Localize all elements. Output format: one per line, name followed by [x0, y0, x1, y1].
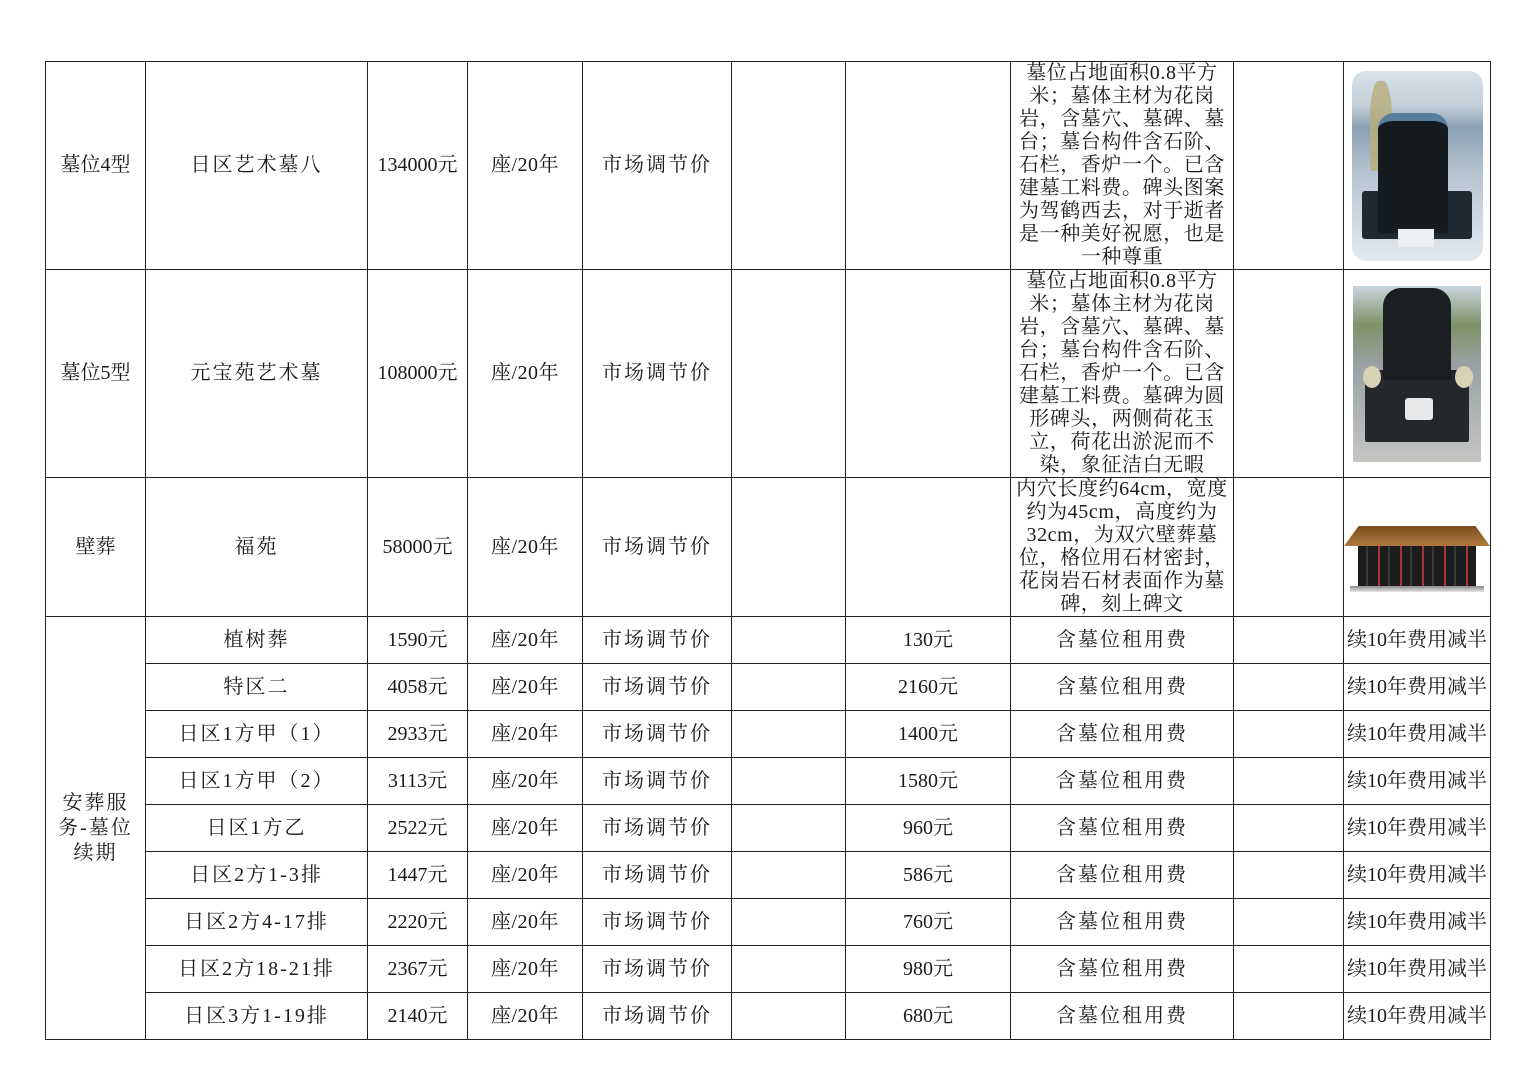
note-cell: 续10年费用减半	[1344, 711, 1491, 758]
empty-cell	[846, 62, 1011, 270]
name-cell: 元宝苑艺术墓	[146, 270, 368, 478]
empty-cell	[1234, 946, 1344, 993]
price-cell: 1447元	[368, 852, 468, 899]
unit-cell: 座/20年	[468, 270, 583, 478]
price-cell: 134000元	[368, 62, 468, 270]
pricing-cell: 市场调节价	[583, 852, 732, 899]
unit-cell: 座/20年	[468, 805, 583, 852]
unit-cell: 座/20年	[468, 62, 583, 270]
empty-cell	[732, 62, 846, 270]
empty-cell	[732, 270, 846, 478]
unit-cell: 座/20年	[468, 758, 583, 805]
table-row: 墓位5型 元宝苑艺术墓 108000元 座/20年 市场调节价 墓位占地面积0.…	[46, 270, 1491, 478]
name-cell: 植树葬	[146, 617, 368, 664]
fee-cell: 960元	[846, 805, 1011, 852]
empty-cell	[732, 617, 846, 664]
table-row: 日区2方1-3排 1447元 座/20年 市场调节价 586元 含墓位租用费 续…	[46, 852, 1491, 899]
unit-cell: 座/20年	[468, 478, 583, 617]
pricing-cell: 市场调节价	[583, 946, 732, 993]
empty-cell	[732, 946, 846, 993]
name-cell: 日区2方1-3排	[146, 852, 368, 899]
category-cell-renewal: 安葬服务-墓位续期	[46, 617, 146, 1040]
unit-cell: 座/20年	[468, 993, 583, 1040]
empty-cell	[1234, 711, 1344, 758]
unit-cell: 座/20年	[468, 899, 583, 946]
unit-cell: 座/20年	[468, 664, 583, 711]
unit-cell: 座/20年	[468, 617, 583, 664]
name-cell: 日区1方乙	[146, 805, 368, 852]
table-row: 日区2方4-17排 2220元 座/20年 市场调节价 760元 含墓位租用费 …	[46, 899, 1491, 946]
empty-cell	[1234, 62, 1344, 270]
name-cell: 日区2方18-21排	[146, 946, 368, 993]
empty-cell	[732, 805, 846, 852]
yuanbao-art-tomb-photo	[1353, 286, 1481, 462]
name-cell: 日区艺术墓八	[146, 62, 368, 270]
pricing-cell: 市场调节价	[583, 270, 732, 478]
empty-cell	[732, 478, 846, 617]
name-cell: 日区2方4-17排	[146, 899, 368, 946]
description-cell: 含墓位租用费	[1011, 664, 1234, 711]
empty-cell	[732, 758, 846, 805]
description-cell: 含墓位租用费	[1011, 805, 1234, 852]
table-row: 日区1方乙 2522元 座/20年 市场调节价 960元 含墓位租用费 续10年…	[46, 805, 1491, 852]
fee-cell: 586元	[846, 852, 1011, 899]
fee-cell: 1400元	[846, 711, 1011, 758]
empty-cell	[1234, 899, 1344, 946]
description-cell: 含墓位租用费	[1011, 899, 1234, 946]
table-row: 日区3方1-19排 2140元 座/20年 市场调节价 680元 含墓位租用费 …	[46, 993, 1491, 1040]
description-cell: 内穴长度约64cm，宽度约为45cm，高度约为32cm，为双穴壁葬墓位，格位用石…	[1011, 478, 1234, 617]
empty-cell	[1234, 805, 1344, 852]
image-cell	[1344, 270, 1491, 478]
price-table: 墓位4型 日区艺术墓八 134000元 座/20年 市场调节价 墓位占地面积0.…	[45, 61, 1491, 1040]
category-cell: 壁葬	[46, 478, 146, 617]
fee-cell: 1580元	[846, 758, 1011, 805]
unit-cell: 座/20年	[468, 711, 583, 758]
pricing-cell: 市场调节价	[583, 664, 732, 711]
name-cell: 福苑	[146, 478, 368, 617]
unit-cell: 座/20年	[468, 852, 583, 899]
empty-cell	[732, 899, 846, 946]
table-row: 墓位4型 日区艺术墓八 134000元 座/20年 市场调节价 墓位占地面积0.…	[46, 62, 1491, 270]
art-tomb-8-photo	[1352, 71, 1483, 261]
pricing-cell: 市场调节价	[583, 62, 732, 270]
description-cell: 含墓位租用费	[1011, 946, 1234, 993]
description-cell: 墓位占地面积0.8平方米；墓体主材为花岗岩，含墓穴、墓碑、墓台；墓台构件含石阶、…	[1011, 62, 1234, 270]
note-cell: 续10年费用减半	[1344, 899, 1491, 946]
description-cell: 墓位占地面积0.8平方米；墓体主材为花岗岩，含墓穴、墓碑、墓台；墓台构件含石阶、…	[1011, 270, 1234, 478]
pricing-cell: 市场调节价	[583, 617, 732, 664]
pricing-cell: 市场调节价	[583, 478, 732, 617]
empty-cell	[1234, 478, 1344, 617]
empty-cell	[1234, 993, 1344, 1040]
table-row: 日区2方18-21排 2367元 座/20年 市场调节价 980元 含墓位租用费…	[46, 946, 1491, 993]
note-cell: 续10年费用减半	[1344, 946, 1491, 993]
fee-cell: 130元	[846, 617, 1011, 664]
empty-cell	[1234, 758, 1344, 805]
name-cell: 日区1方甲（1）	[146, 711, 368, 758]
description-cell: 含墓位租用费	[1011, 711, 1234, 758]
unit-cell: 座/20年	[468, 946, 583, 993]
description-cell: 含墓位租用费	[1011, 758, 1234, 805]
empty-cell	[732, 664, 846, 711]
name-cell: 日区1方甲（2）	[146, 758, 368, 805]
price-cell: 108000元	[368, 270, 468, 478]
pricing-cell: 市场调节价	[583, 993, 732, 1040]
table-row: 日区1方甲（2） 3113元 座/20年 市场调节价 1580元 含墓位租用费 …	[46, 758, 1491, 805]
empty-cell	[1234, 270, 1344, 478]
empty-cell	[846, 478, 1011, 617]
category-cell: 墓位5型	[46, 270, 146, 478]
empty-cell	[732, 711, 846, 758]
table-row: 日区1方甲（1） 2933元 座/20年 市场调节价 1400元 含墓位租用费 …	[46, 711, 1491, 758]
pricing-cell: 市场调节价	[583, 899, 732, 946]
fee-cell: 2160元	[846, 664, 1011, 711]
note-cell: 续10年费用减半	[1344, 852, 1491, 899]
note-cell: 续10年费用减半	[1344, 993, 1491, 1040]
empty-cell	[846, 270, 1011, 478]
empty-cell	[1234, 852, 1344, 899]
pricing-cell: 市场调节价	[583, 758, 732, 805]
price-cell: 4058元	[368, 664, 468, 711]
price-cell: 58000元	[368, 478, 468, 617]
fee-cell: 980元	[846, 946, 1011, 993]
note-cell: 续10年费用减半	[1344, 617, 1491, 664]
empty-cell	[1234, 617, 1344, 664]
name-cell: 日区3方1-19排	[146, 993, 368, 1040]
price-cell: 2522元	[368, 805, 468, 852]
table-row: 特区二 4058元 座/20年 市场调节价 2160元 含墓位租用费 续10年费…	[46, 664, 1491, 711]
empty-cell	[1234, 664, 1344, 711]
description-cell: 含墓位租用费	[1011, 617, 1234, 664]
pricing-cell: 市场调节价	[583, 805, 732, 852]
price-cell: 2933元	[368, 711, 468, 758]
empty-cell	[732, 993, 846, 1040]
name-cell: 特区二	[146, 664, 368, 711]
image-cell	[1344, 478, 1491, 617]
empty-cell	[732, 852, 846, 899]
price-cell: 2140元	[368, 993, 468, 1040]
description-cell: 含墓位租用费	[1011, 993, 1234, 1040]
note-cell: 续10年费用减半	[1344, 805, 1491, 852]
category-cell: 墓位4型	[46, 62, 146, 270]
note-cell: 续10年费用减半	[1344, 758, 1491, 805]
pricing-cell: 市场调节价	[583, 711, 732, 758]
price-cell: 3113元	[368, 758, 468, 805]
table-row: 安葬服务-墓位续期 植树葬 1590元 座/20年 市场调节价 130元 含墓位…	[46, 617, 1491, 664]
price-cell: 2367元	[368, 946, 468, 993]
image-cell	[1344, 62, 1491, 270]
description-cell: 含墓位租用费	[1011, 852, 1234, 899]
wall-burial-hall-photo	[1344, 502, 1490, 592]
price-cell: 1590元	[368, 617, 468, 664]
fee-cell: 760元	[846, 899, 1011, 946]
table-row: 壁葬 福苑 58000元 座/20年 市场调节价 内穴长度约64cm，宽度约为4…	[46, 478, 1491, 617]
price-cell: 2220元	[368, 899, 468, 946]
fee-cell: 680元	[846, 993, 1011, 1040]
note-cell: 续10年费用减半	[1344, 664, 1491, 711]
